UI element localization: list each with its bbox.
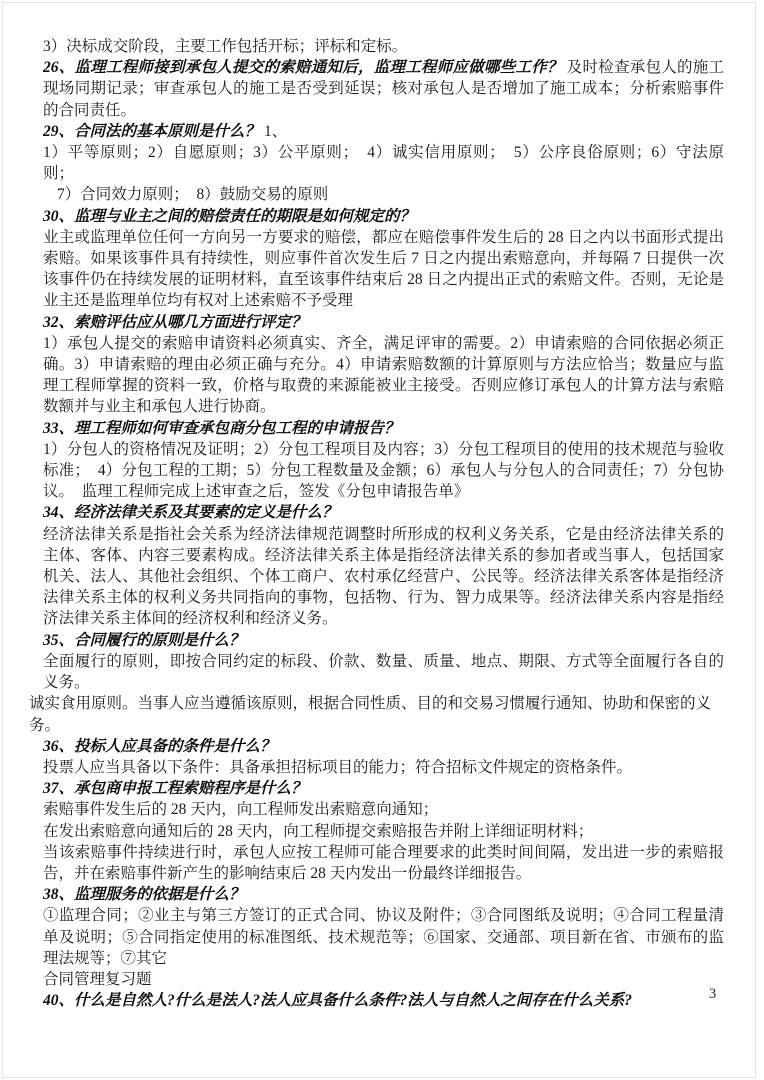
text-paragraph: 1）分包人的资格情况及证明；2）分包工程项目及内容；3）分包工程项目的使用的技术… [43,439,724,503]
question-paragraph: 34、经济法律关系及其要素的定义是什么？ [43,502,724,523]
body-text: 1、 [264,123,287,140]
text-paragraph: 诚实食用原则。当事人应当遵循该原则，根据合同性质、目的和交易习惯履行通知、协助和… [29,693,724,735]
question-heading-text: 38、监理服务的依据是什么？ [43,886,245,903]
body-text: 当该索赔事件持续进行时，承包人应按工程师可能合理要求的此类时间间隔，发出进一步的… [43,844,724,882]
question-heading-text: 30、监理与业主之间的赔偿责任的期限是如何规定的？ [43,208,415,225]
question-paragraph: 35、合同履行的原则是什么？ [43,630,724,651]
question-heading-text: 32、索赔评估应从哪几方面进行评定？ [43,314,307,331]
body-text: 投票人应当具备以下条件：具备承担招标项目的能力；符合招标文件规定的资格条件。 [43,759,632,776]
question-paragraph: 33、理工程师如何审查承包商分包工程的申请报告？ [43,418,724,439]
text-paragraph: 7）合同效力原则； 8）鼓励交易的原则 [43,184,724,205]
question-paragraph: 26、监理工程师接到承包人提交的索赔通知后，监理工程师应做哪些工作？及时检查承包… [43,57,724,121]
body-text: 3）决标成交阶段，主要工作包括开标；评标和定标。 [43,38,407,55]
body-text: 1）分包人的资格情况及证明；2）分包工程项目及内容；3）分包工程项目的使用的技术… [43,441,724,500]
body-text: ①监理合同；②业主与第三方签订的正式合同、协议及附件；③合同图纸及说明；④合同工… [43,907,724,966]
text-paragraph: 当该索赔事件持续进行时，承包人应按工程师可能合理要求的此类时间间隔，发出进一步的… [43,842,724,884]
body-text: 1）平等原则；2）自愿原则；3）公平原则； 4）诚实信用原则； 5）公序良俗原则… [43,144,724,182]
body-text: 索赔事件发生后的 28 天内，向工程师发出索赔意向通知； [43,801,438,818]
text-paragraph: 全面履行的原则，即按合同约定的标段、价款、数量、质量、地点、期限、方式等全面履行… [43,651,724,693]
body-text: 诚实食用原则。当事人应当遵循该原则，根据合同性质、目的和交易习惯履行通知、协助和… [29,695,711,733]
question-heading-text: 35、合同履行的原则是什么？ [43,632,245,649]
body-text: 经济法律关系是指社会关系为经济法律规范调整时所形成的权利义务关系，它是由经济法律… [43,526,724,628]
text-paragraph: 1）平等原则；2）自愿原则；3）公平原则； 4）诚实信用原则； 5）公序良俗原则… [43,142,724,184]
text-paragraph: 经济法律关系是指社会关系为经济法律规范调整时所形成的权利义务关系，它是由经济法律… [43,524,724,630]
question-paragraph: 36、投标人应具备的条件是什么？ [43,736,724,757]
question-heading-text: 37、承包商申报工程索赔程序是什么？ [43,780,307,797]
text-paragraph: 投票人应当具备以下条件：具备承担招标项目的能力；符合招标文件规定的资格条件。 [43,757,724,778]
question-paragraph: 40、什么是自然人?什么是法人?法人应具备什么条件?法人与自然人之间存在什么关系… [43,990,724,1011]
text-paragraph: 索赔事件发生后的 28 天内，向工程师发出索赔意向通知； [43,799,724,820]
question-paragraph: 29、合同法的基本原则是什么？1、 [43,121,724,142]
question-paragraph: 37、承包商申报工程索赔程序是什么？ [43,778,724,799]
text-paragraph: 业主或监理单位任何一方向另一方要求的赔偿，都应在赔偿事件发生后的 28 日之内以… [43,227,724,312]
question-heading-text: 40、什么是自然人?什么是法人?法人应具备什么条件?法人与自然人之间存在什么关系… [43,992,632,1009]
text-paragraph: 3）决标成交阶段，主要工作包括开标；评标和定标。 [43,36,724,57]
question-heading-text: 36、投标人应具备的条件是什么？ [43,738,276,755]
document-content: 3）决标成交阶段，主要工作包括开标；评标和定标。26、监理工程师接到承包人提交的… [43,36,724,1011]
question-paragraph: 30、监理与业主之间的赔偿责任的期限是如何规定的？ [43,206,724,227]
question-paragraph: 38、监理服务的依据是什么？ [43,884,724,905]
document-page: 3）决标成交阶段，主要工作包括开标；评标和定标。26、监理工程师接到承包人提交的… [0,0,764,1080]
text-paragraph: 在发出索赔意向通知后的 28 天内，向工程师提交索赔报告并附上详细证明材料； [43,821,724,842]
text-paragraph: 1）承包人提交的索赔申请资料必须真实、齐全，满足评审的需要。2）申请索赔的合同依… [43,333,724,418]
body-text: 业主或监理单位任何一方向另一方要求的赔偿，都应在赔偿事件发生后的 28 日之内以… [43,229,724,310]
text-paragraph: 合同管理复习题 [43,969,724,990]
question-heading-text: 29、合同法的基本原则是什么？ [43,123,260,140]
question-heading-text: 26、监理工程师接到承包人提交的索赔通知后，监理工程师应做哪些工作？ [43,59,563,76]
page-number: 3 [709,986,716,1003]
body-text: 1）承包人提交的索赔申请资料必须真实、齐全，满足评审的需要。2）申请索赔的合同依… [43,335,724,416]
text-paragraph: ①监理合同；②业主与第三方签订的正式合同、协议及附件；③合同图纸及说明；④合同工… [43,905,724,969]
question-paragraph: 32、索赔评估应从哪几方面进行评定？ [43,312,724,333]
body-text: 7）合同效力原则； 8）鼓励交易的原则 [57,186,328,203]
body-text: 全面履行的原则，即按合同约定的标段、价款、数量、质量、地点、期限、方式等全面履行… [43,653,724,691]
body-text: 合同管理复习题 [43,971,152,988]
question-heading-text: 34、经济法律关系及其要素的定义是什么？ [43,504,338,521]
question-heading-text: 33、理工程师如何审查承包商分包工程的申请报告？ [43,420,400,437]
body-text: 在发出索赔意向通知后的 28 天内，向工程师提交索赔报告并附上详细证明材料； [43,823,593,840]
